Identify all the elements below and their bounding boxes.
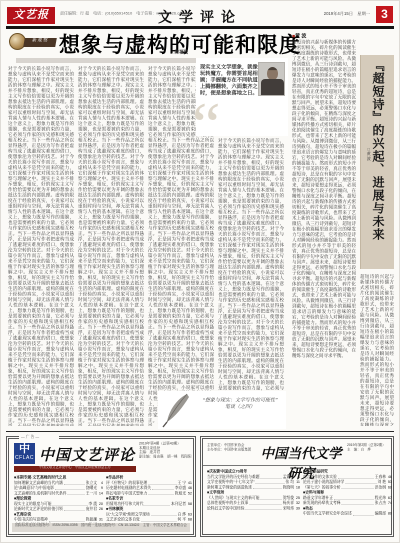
cflac-logo: 中 CFLAC	[14, 443, 35, 464]
series-caption-box: “想象与现实：文学写作的可能性” 笔谈（之四）	[158, 391, 286, 429]
dotted-leader	[261, 478, 282, 479]
journal-title: 中国文艺评论	[39, 444, 135, 465]
issn-line: 国际标准连续出版物号：ISSN 2096-0395 国内统一连续出版物号：CN …	[12, 523, 190, 532]
dotted-leader	[342, 504, 374, 505]
editor-line: 主 编：白 烨	[347, 448, 389, 453]
dotted-leader	[334, 499, 374, 500]
toc-column: ■作家作品研究 莫言近作的文体实验 王春林 46 论迟子建小说的温情诗学	[303, 469, 392, 533]
article-body-column: 对于今天的长篇小说写作而言，想象与虚构从来不是凭空而来的能力，它们深植于作家对现…	[218, 138, 284, 426]
series-caption-wrap: “想象与现实：文学写作的可能性” 笔谈（之四）	[196, 397, 284, 427]
side-article-vertical-byline-wrap: □黄 波	[361, 147, 371, 187]
series-caption-line2: 笔谈（之四）	[196, 404, 284, 411]
issue-info-wrap: 2019年第4期（总第43期） 本期目录选登 主编：庞井君 副主编：周由强 胡一…	[139, 442, 195, 472]
toc-column: ■本期专题·文艺高峰的时代之思 如何理解文艺高峰的当代内涵 张立文 4 论“	[14, 475, 103, 527]
side-article-title-strip: 『超短诗』的兴起、进展与未来 □黄 波	[360, 55, 394, 269]
dotted-leader	[141, 521, 177, 522]
issue-date-wrap: 2019年4月15日 星期一	[240, 11, 370, 21]
dotted-leader	[345, 483, 376, 484]
side-article-vertical-byline: □黄 波	[361, 147, 371, 187]
photo-torso	[261, 79, 284, 96]
dotted-leader	[246, 510, 282, 511]
toc-row: 文艺评论的文体自觉 何 平 68	[106, 517, 192, 522]
side-article-column: 超短诗的兴起与新媒体的传播方式密切相关，碎片化的阅读催生了高度凝练的诗歌形式，也…	[360, 274, 394, 426]
dotted-leader	[256, 483, 285, 484]
journal-ad-china-literary-criticism: — 广 告 — 中 CFLAC 中国文艺评论 中国文联文艺评论中心 中国文艺评论…	[6, 436, 196, 537]
ad-label: — 广 告 —	[21, 435, 57, 442]
sponsor-lines-wrap: 主管单位：中国作家协会 主办单位：中国作家出版集团	[207, 443, 255, 463]
column-badge-label: 新观察	[23, 38, 57, 47]
toc-column: ■庆祝新中国成立70周年 当代文学批评的历史经验与难题 孟繁华 4 文学史视	[207, 469, 300, 533]
article-body-column: 对于今天的长篇小说写作而言，想象与虚构从来不是凭空而来的能力，它们深植于作家对现…	[8, 66, 74, 426]
dotted-leader	[253, 489, 282, 490]
dotted-leader	[49, 521, 85, 522]
dotted-leader	[353, 515, 374, 516]
dotted-leader	[68, 495, 85, 496]
side-article-column: ■黄 波 超短诗的兴起与新媒体的传播方式密切相关，碎片化的阅读催生了高度凝练的诗…	[292, 33, 356, 426]
side-article-vertical-title: 『超短诗』的兴起、进展与未来	[370, 59, 387, 265]
toc-row: 论科幻文学的中国经验 宋明炜 39	[207, 506, 300, 511]
column-badge-ribbon: 新观察	[23, 38, 57, 47]
page-number-badge: 3	[376, 6, 393, 23]
organizer-line: 主办单位：中国作家出版集团	[207, 448, 255, 453]
quill-feather-icon	[160, 392, 194, 428]
dotted-leader	[249, 504, 282, 505]
dotted-leader	[342, 489, 374, 490]
pull-quote-box: “ 现实主义文学想象，就像玩转魔方，你需要首尾相顾；手握魔方在不同轨道上腾挪翻转…	[196, 58, 288, 136]
dotted-leader	[145, 505, 171, 506]
pull-quote-text-wrap: 现实主义文学想象，就像玩转魔方，你需要首尾相顾；手握魔方在不同轨道上腾挪翻转，六…	[200, 64, 258, 130]
issn-strip-wrap: 国际标准连续出版物号：ISSN 2096-0395 国内统一连续出版物号：CN …	[12, 523, 190, 532]
dotted-leader	[151, 516, 177, 517]
dotted-leader	[55, 489, 85, 490]
lead-byline: □陈福民	[90, 50, 270, 58]
dotted-leader	[64, 484, 85, 485]
newspaper-page: 文艺报 责任编辑：行 超 电话：(010)65914510 电子信箱：wyblt…	[0, 0, 400, 543]
dotted-leader	[64, 510, 85, 511]
ad-label-wrap: — 广 告 —	[19, 435, 59, 442]
dotted-leader	[261, 499, 282, 500]
dotted-leader	[148, 484, 176, 485]
ad-header: 主管单位：中国作家协会 主办单位：中国作家出版集团 中国当代文学研究 2019年…	[203, 439, 391, 466]
publisher-band: 中国文联文艺评论中心 中国文艺评论家协会主办	[14, 466, 136, 472]
toc-row: 中国当代文学研究会年会综述 编辑部 80	[303, 511, 392, 516]
deputy-editor-line: 副主编：周由强 胡一峰 程阳阳	[139, 455, 195, 459]
article-body-column: 对于今天的长篇小说写作而言，想象与虚构从来不是凭空而来的能力，它们深植于作家对现…	[78, 66, 144, 426]
dotted-leader	[148, 495, 174, 496]
publisher-band-wrap: 中国文联文艺评论中心 中国文艺评论家协会主办	[14, 466, 136, 472]
pull-quote-text: 现实主义文学想象，就像玩转魔方，你需要首尾相顾；手握魔方在不同轨道上腾挪翻转，六…	[200, 64, 258, 130]
ads-divider-rule	[6, 431, 394, 432]
toc-column: ■作品评析 评《应物兄》的叙事伦理 王 宁 41 历史题材电视剧的艺术得失	[106, 475, 192, 527]
column-badge: 新观察	[9, 33, 57, 53]
issue-info-wrap: 2019年第2期（总第2期） 主 编：白 烨	[347, 443, 389, 463]
author-photo	[258, 62, 285, 96]
dotted-leader	[152, 489, 174, 490]
journal-ad-contemporary-literature-studies: 主管单位：中国作家协会 主办单位：中国作家出版集团 中国当代文学研究 2019年…	[200, 436, 394, 537]
issue-date: 2019年4月15日 星期一	[240, 11, 370, 16]
dotted-leader	[338, 478, 374, 479]
dotted-leader	[53, 505, 88, 506]
lead-byline-wrap: □陈福民	[90, 50, 270, 58]
